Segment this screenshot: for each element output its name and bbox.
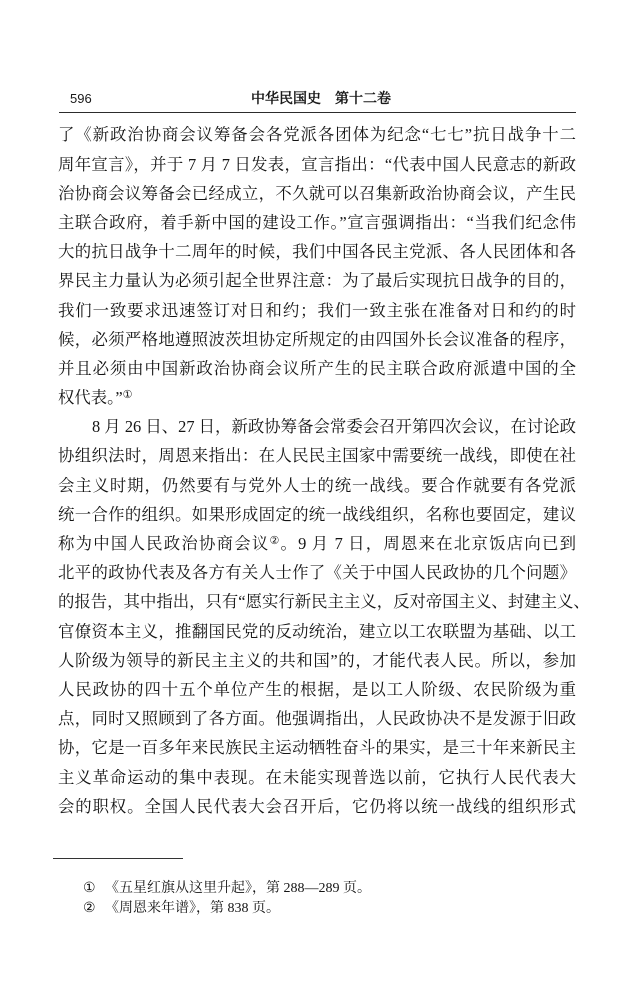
body-line: 人民政协的四十五个单位产生的根据，是以工人阶级、农民阶级为重: [58, 675, 576, 704]
body-line: 候，必须严格地遵照波茨坦协定所规定的由四国外长会议准备的程序，: [58, 325, 576, 354]
body-line: 会主义时期，仍然要有与党外人士的统一战线。要合作就要有各党派: [58, 471, 576, 500]
body-line: 主义革命运动的集中表现。在未能实现普选以前，它执行人民代表大: [58, 763, 576, 792]
body-line: 并且必须由中国新政治协商会议所产生的民主联合政府派遣中国的全: [58, 354, 576, 383]
footnote-separator: [53, 858, 183, 859]
running-title: 中华民国史 第十二卷: [221, 89, 421, 109]
body-line-paragraph-start: 8 月 26 日、27 日，新政协筹备会常委会召开第四次会议，在讨论政: [58, 412, 576, 441]
body-line: 大的抗日战争十二周年的时候，我们中国各民主党派、各人民团体和各: [58, 237, 576, 266]
footnote-ref-2[interactable]: ②: [269, 535, 280, 547]
body-text: 了《新政治协商会议筹备会各党派各团体为纪念“七七”抗日战争十二 周年宣言》，并于…: [58, 120, 576, 821]
body-line: 协，它是一百多年来民族民主运动牺牲奋斗的果实，是三十年来新民主: [58, 733, 576, 762]
body-line: 北平的政协代表及各方有关人士作了《关于中国人民政协的几个问题》: [58, 558, 576, 587]
body-line-text: 权代表。”: [58, 388, 123, 407]
footnote-marker: ①: [83, 879, 96, 899]
body-line-text: 。9 月 7 日，周恩来在北京饭店向已到: [281, 534, 576, 553]
footnotes: ① 《五星红旗从这里升起》，第 288—289 页。 ② 《周恩来年谱》，第 8…: [83, 879, 563, 919]
body-line: 的报告，其中指出，只有“愿实行新民主主义，反对帝国主义、封建主义、: [58, 587, 576, 616]
body-line: 周年宣言》，并于 7 月 7 日发表，宣言指出：“代表中国人民意志的新政: [58, 150, 576, 179]
page-number: 596: [70, 90, 92, 108]
body-line: 官僚资本主义，推翻国民党的反动统治，建立以工农联盟为基础、以工: [58, 617, 576, 646]
body-line: 我们一致要求迅速签订对日和约；我们一致主张在准备对日和约的时: [58, 296, 576, 325]
body-line: 界民主力量认为必须引起全世界注意：为了最后实现抗日战争的目的，: [58, 266, 576, 295]
body-line: 人阶级为领导的新民主主义的共和国”的，才能代表人民。所以，参加: [58, 646, 576, 675]
body-line: 称为中国人民政治协商会议②。9 月 7 日，周恩来在北京饭店向已到: [58, 529, 576, 558]
body-line: 主联合政府，着手新中国的建设工作。”宣言强调指出：“当我们纪念伟: [58, 208, 576, 237]
body-line: 统一合作的组织。如果形成固定的统一战线组织，名称也要固定，建议: [58, 500, 576, 529]
header-rule: [59, 112, 576, 113]
footnote-marker: ②: [83, 899, 96, 919]
footnote-text: 《周恩来年谱》，第 838 页。: [105, 899, 280, 919]
body-line-text: 称为中国人民政治协商会议: [58, 534, 269, 553]
body-line: 治协商会议筹备会已经成立，不久就可以召集新政治协商会议，产生民: [58, 179, 576, 208]
body-line: 点，同时又照顾到了各方面。他强调指出，人民政协决不是发源于旧政: [58, 704, 576, 733]
footnote-text: 《五星红旗从这里升起》，第 288—289 页。: [105, 879, 371, 899]
body-line-paragraph-end: 权代表。”①: [58, 383, 576, 412]
footnote-1: ① 《五星红旗从这里升起》，第 288—289 页。: [83, 879, 563, 899]
footnote-ref-1[interactable]: ①: [123, 389, 133, 401]
footnote-2: ② 《周恩来年谱》，第 838 页。: [83, 899, 563, 919]
body-line: 会的职权。全国人民代表大会召开后，它仍将以统一战线的组织形式: [58, 792, 576, 821]
body-line: 了《新政治协商会议筹备会各党派各团体为纪念“七七”抗日战争十二: [58, 120, 576, 149]
body-line: 协组织法时，周恩来指出：在人民民主国家中需要统一战线，即使在社: [58, 441, 576, 470]
